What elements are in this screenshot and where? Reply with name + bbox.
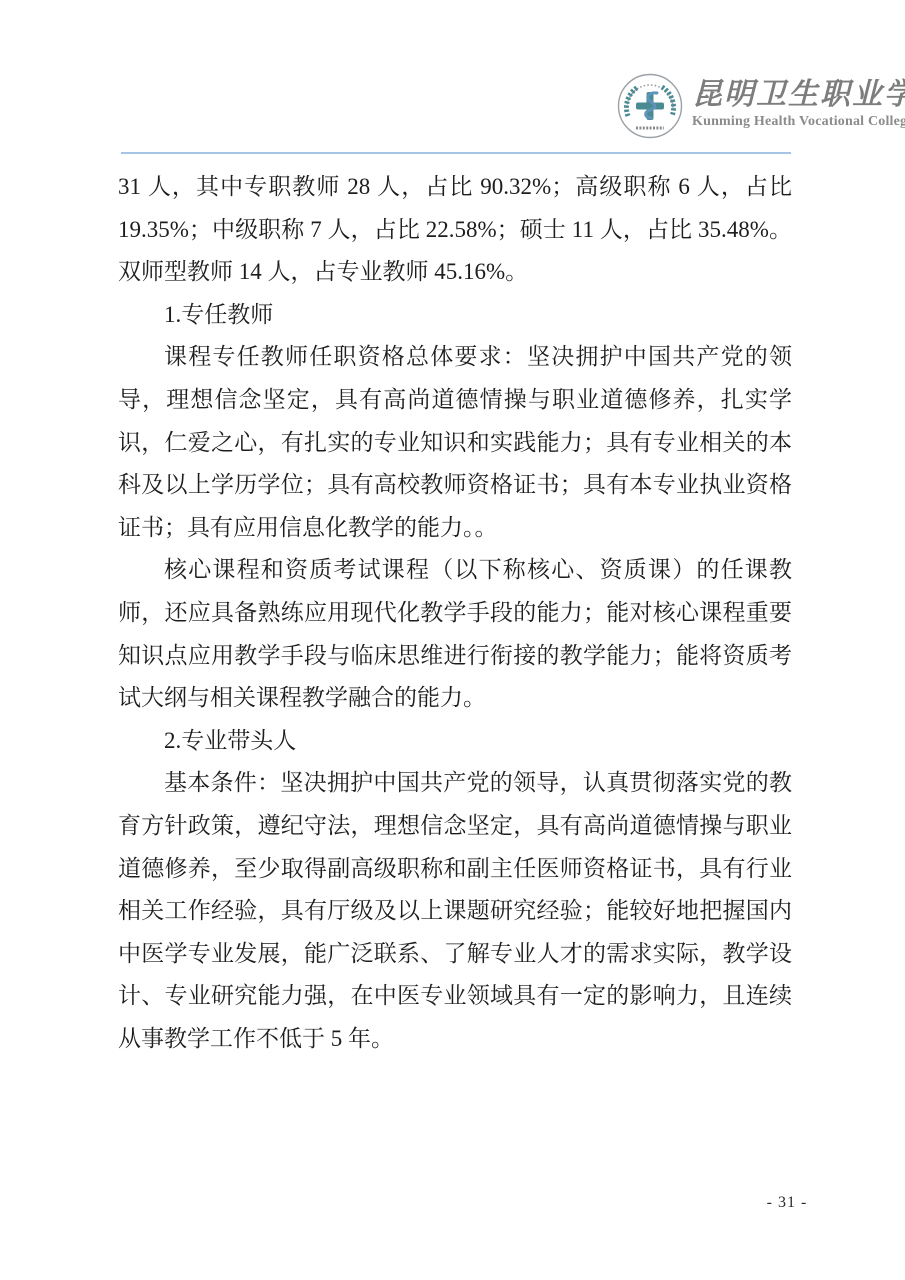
college-logo: 昆明卫生职业学院 Kunming Health Vocational Colle… [616, 72, 905, 140]
header-divider [121, 152, 791, 154]
full-time-teacher-requirements-paragraph: 课程专任教师任职资格总体要求：坚决拥护中国共产党的领导，理想信念坚定，具有高尚道… [118, 336, 792, 549]
stats-paragraph: 31 人，其中专职教师 28 人，占比 90.32%；高级职称 6 人，占比 1… [118, 166, 792, 294]
college-seal-icon [616, 72, 684, 140]
section-heading-1: 1.专任教师 [118, 294, 792, 337]
college-logo-text: 昆明卫生职业学院 Kunming Health Vocational Colle… [692, 72, 905, 130]
core-course-teacher-requirements-paragraph: 核心课程和资质考试课程（以下称核心、资质课）的任课教师，还应具备熟练应用现代化教… [118, 549, 792, 719]
section-heading-2: 2.专业带头人 [118, 720, 792, 763]
college-name-chinese: 昆明卫生职业学院 [692, 79, 905, 111]
program-leader-requirements-paragraph: 基本条件：坚决拥护中国共产党的领导，认真贯彻落实党的教育方针政策，遵纪守法，理想… [118, 762, 792, 1060]
page-number: - 31 - [752, 1194, 822, 1212]
document-page: 昆明卫生职业学院 Kunming Health Vocational Colle… [0, 0, 905, 1280]
college-name-english: Kunming Health Vocational College [692, 114, 905, 130]
document-body: 31 人，其中专职教师 28 人，占比 90.32%；高级职称 6 人，占比 1… [118, 166, 792, 1060]
